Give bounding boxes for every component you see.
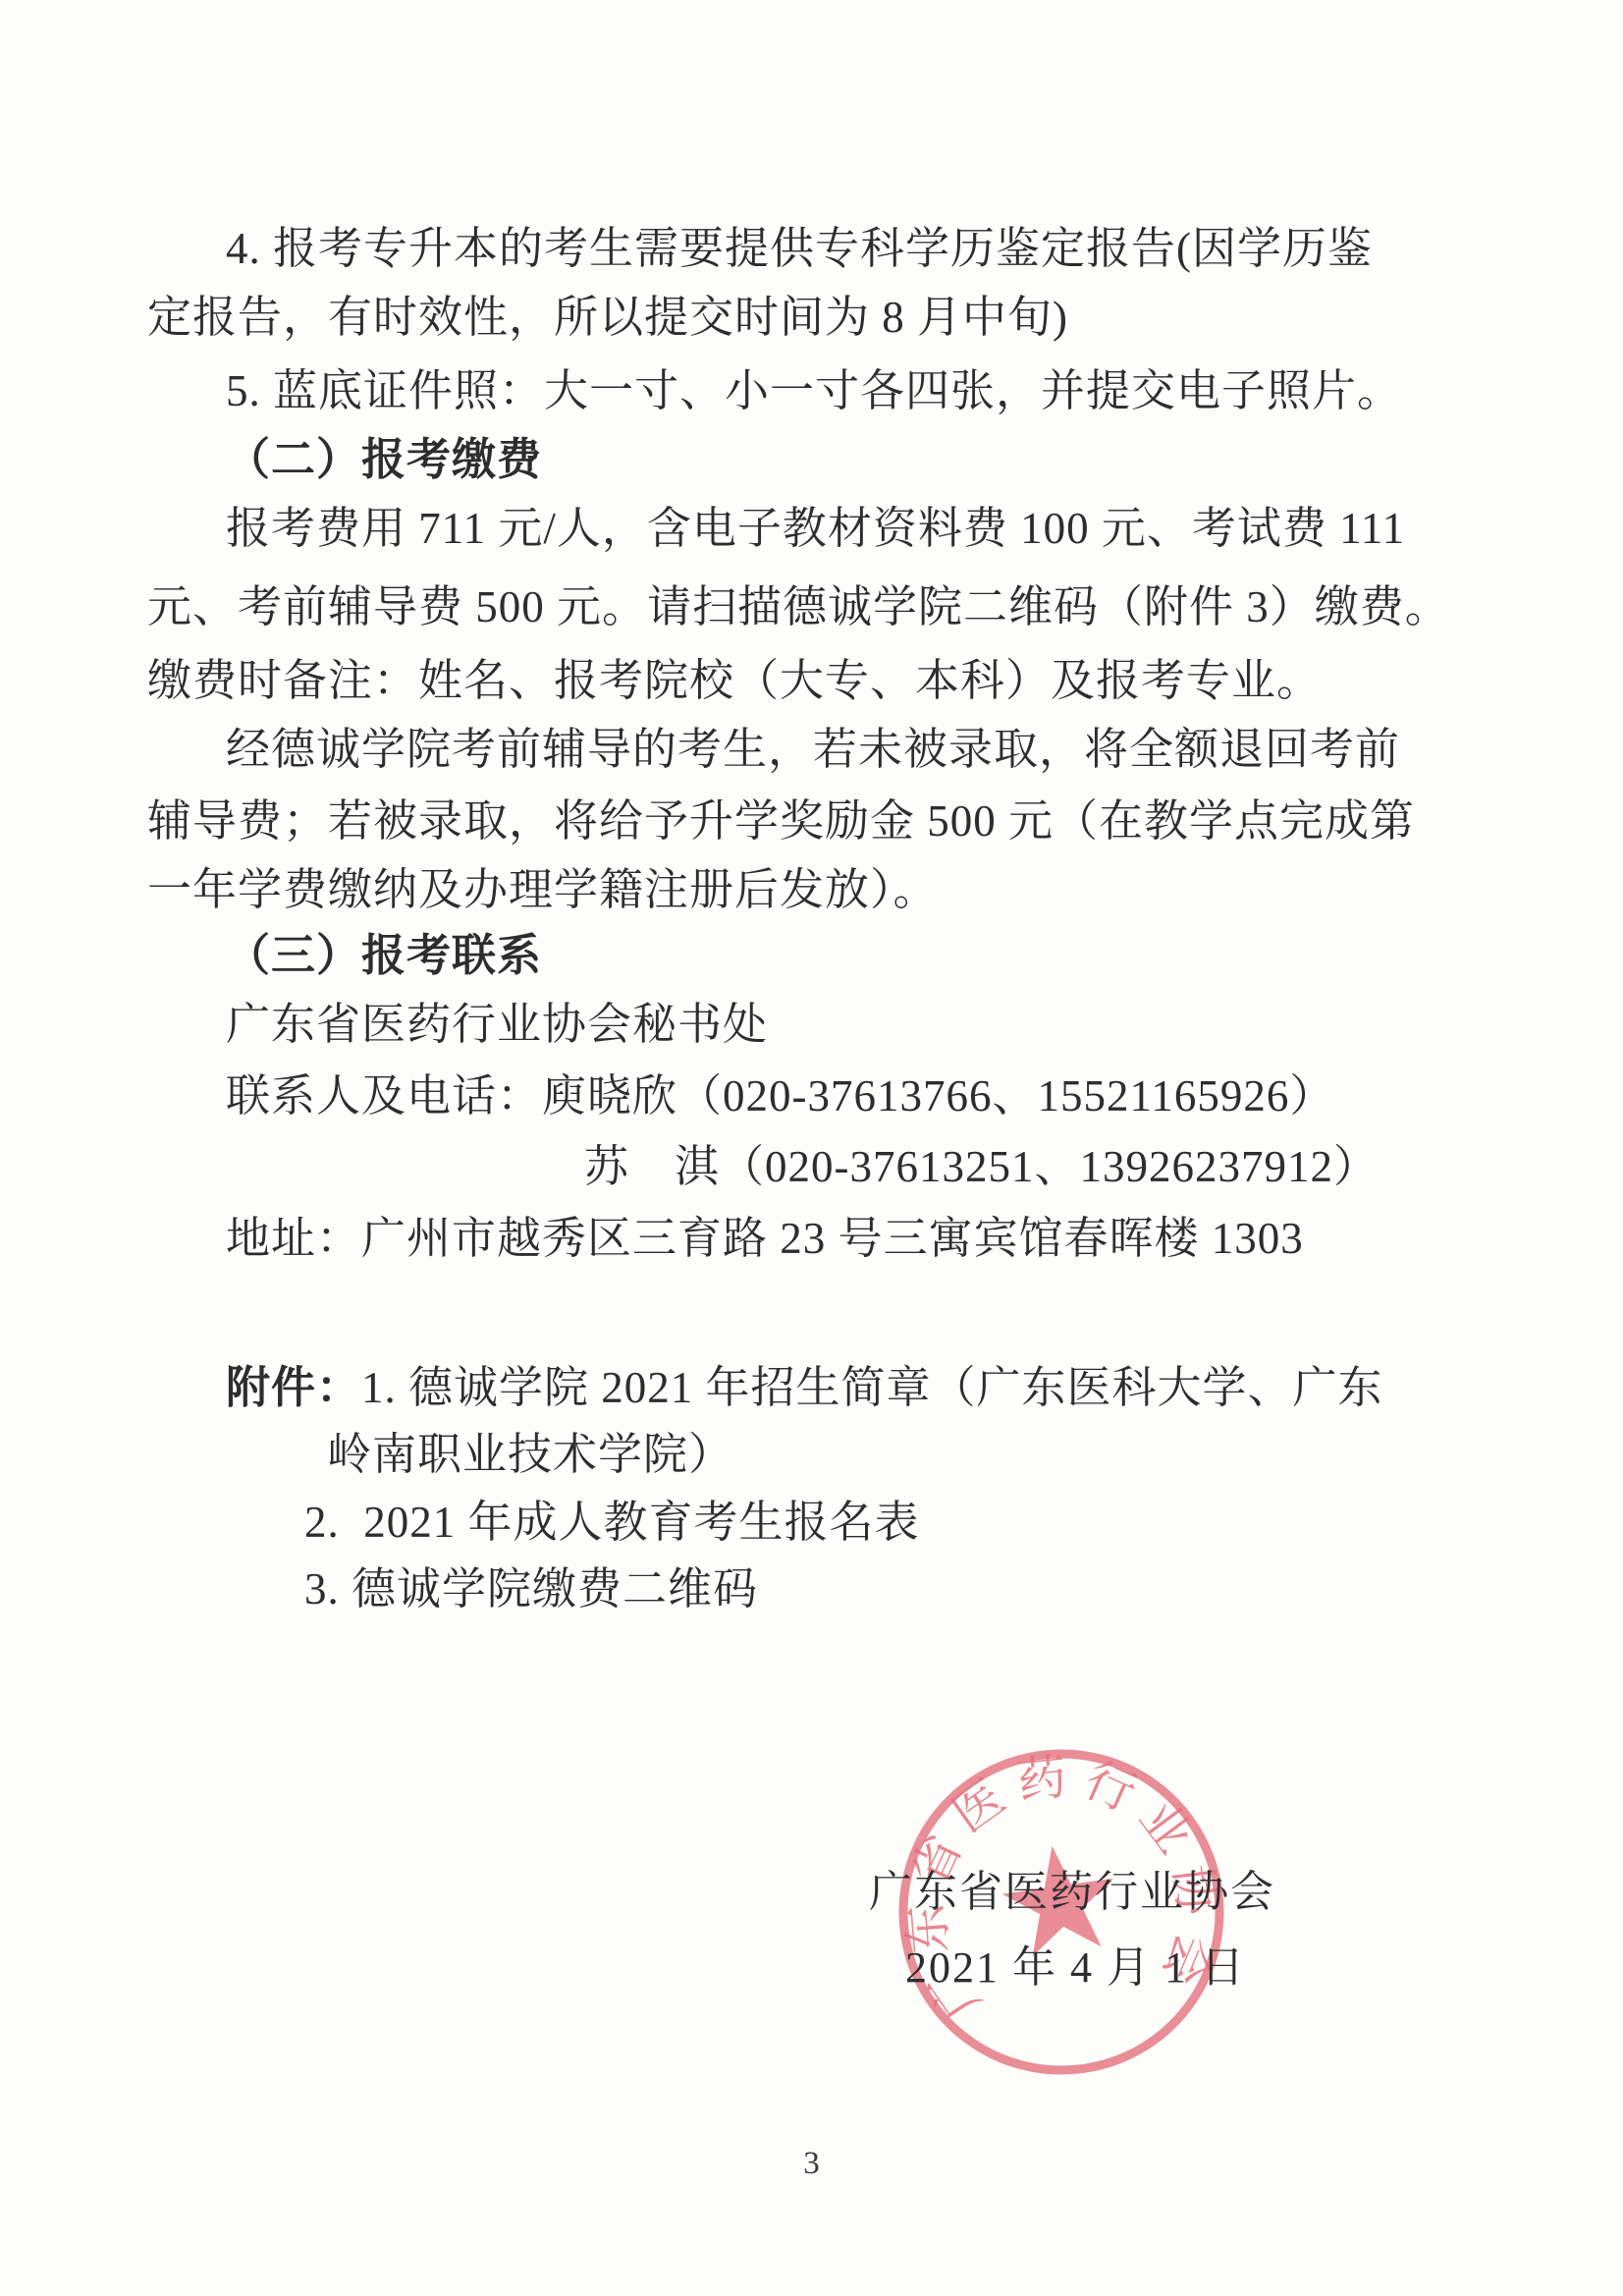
payment-line1: 报考费用 711 元/人，含电子教材资料费 100 元、考试费 111 (226, 501, 1405, 556)
contact-address: 地址：广州市越秀区三育路 23 号三寓宾馆春晖楼 1303 (226, 1211, 1304, 1266)
page-number: 3 (0, 2146, 1623, 2182)
payment-line2: 元、考前辅导费 500 元。请扫描德诚学院二维码（附件 3）缴费。 (147, 579, 1450, 634)
scanned-document-page: 4. 报考专升本的考生需要提供专科学历鉴定报告(因学历鉴 定报告，有时效性，所以… (0, 0, 1623, 2296)
clause4-line1: 4. 报考专升本的考生需要提供专科学历鉴定报告(因学历鉴 (226, 221, 1373, 276)
contact-phone-line2: 苏 淇（020-37613251、13926237912） (584, 1139, 1379, 1194)
attachments-label: 附件： (226, 1363, 361, 1412)
attachments-line1: 附件：1. 德诚学院 2021 年招生简章（广东医科大学、广东 (226, 1360, 1383, 1415)
attachment3-line: 3. 德诚学院缴费二维码 (304, 1561, 758, 1616)
section2-heading: （二）报考缴费 (226, 432, 542, 487)
contact-org: 广东省医药行业协会秘书处 (226, 997, 768, 1052)
payment-line3: 缴费时备注：姓名、报考院校（大专、本科）及报考专业。 (147, 653, 1322, 708)
attachment1-line2: 岭南职业技术学院） (327, 1427, 733, 1482)
signature-date: 2021 年 4 月 1 日 (905, 1932, 1246, 1995)
refund-line2: 辅导费；若被录取，将给予升学奖励金 500 元（在教学点完成第 (147, 793, 1415, 848)
clause5-line: 5. 蓝底证件照：大一寸、小一寸各四张，并提交电子照片。 (226, 363, 1402, 418)
attachment2-line: 2. 2021 年成人教育考生报名表 (304, 1495, 920, 1550)
attachment1-line1: 1. 德诚学院 2021 年招生简章（广东医科大学、广东 (361, 1363, 1383, 1412)
section3-heading: （三）报考联系 (226, 928, 542, 983)
contact-phone-line1: 联系人及电话：庾晓欣（020-37613766、15521165926） (226, 1068, 1334, 1123)
refund-line3: 一年学费缴纳及办理学籍注册后发放）。 (147, 862, 939, 917)
refund-line1: 经德诚学院考前辅导的考生，若未被录取，将全额退回考前 (226, 722, 1400, 777)
clause4-line2: 定报告，有时效性，所以提交时间为 8 月中旬) (147, 290, 1068, 345)
signature-org: 广东省医药行业协会 (869, 1856, 1275, 1919)
